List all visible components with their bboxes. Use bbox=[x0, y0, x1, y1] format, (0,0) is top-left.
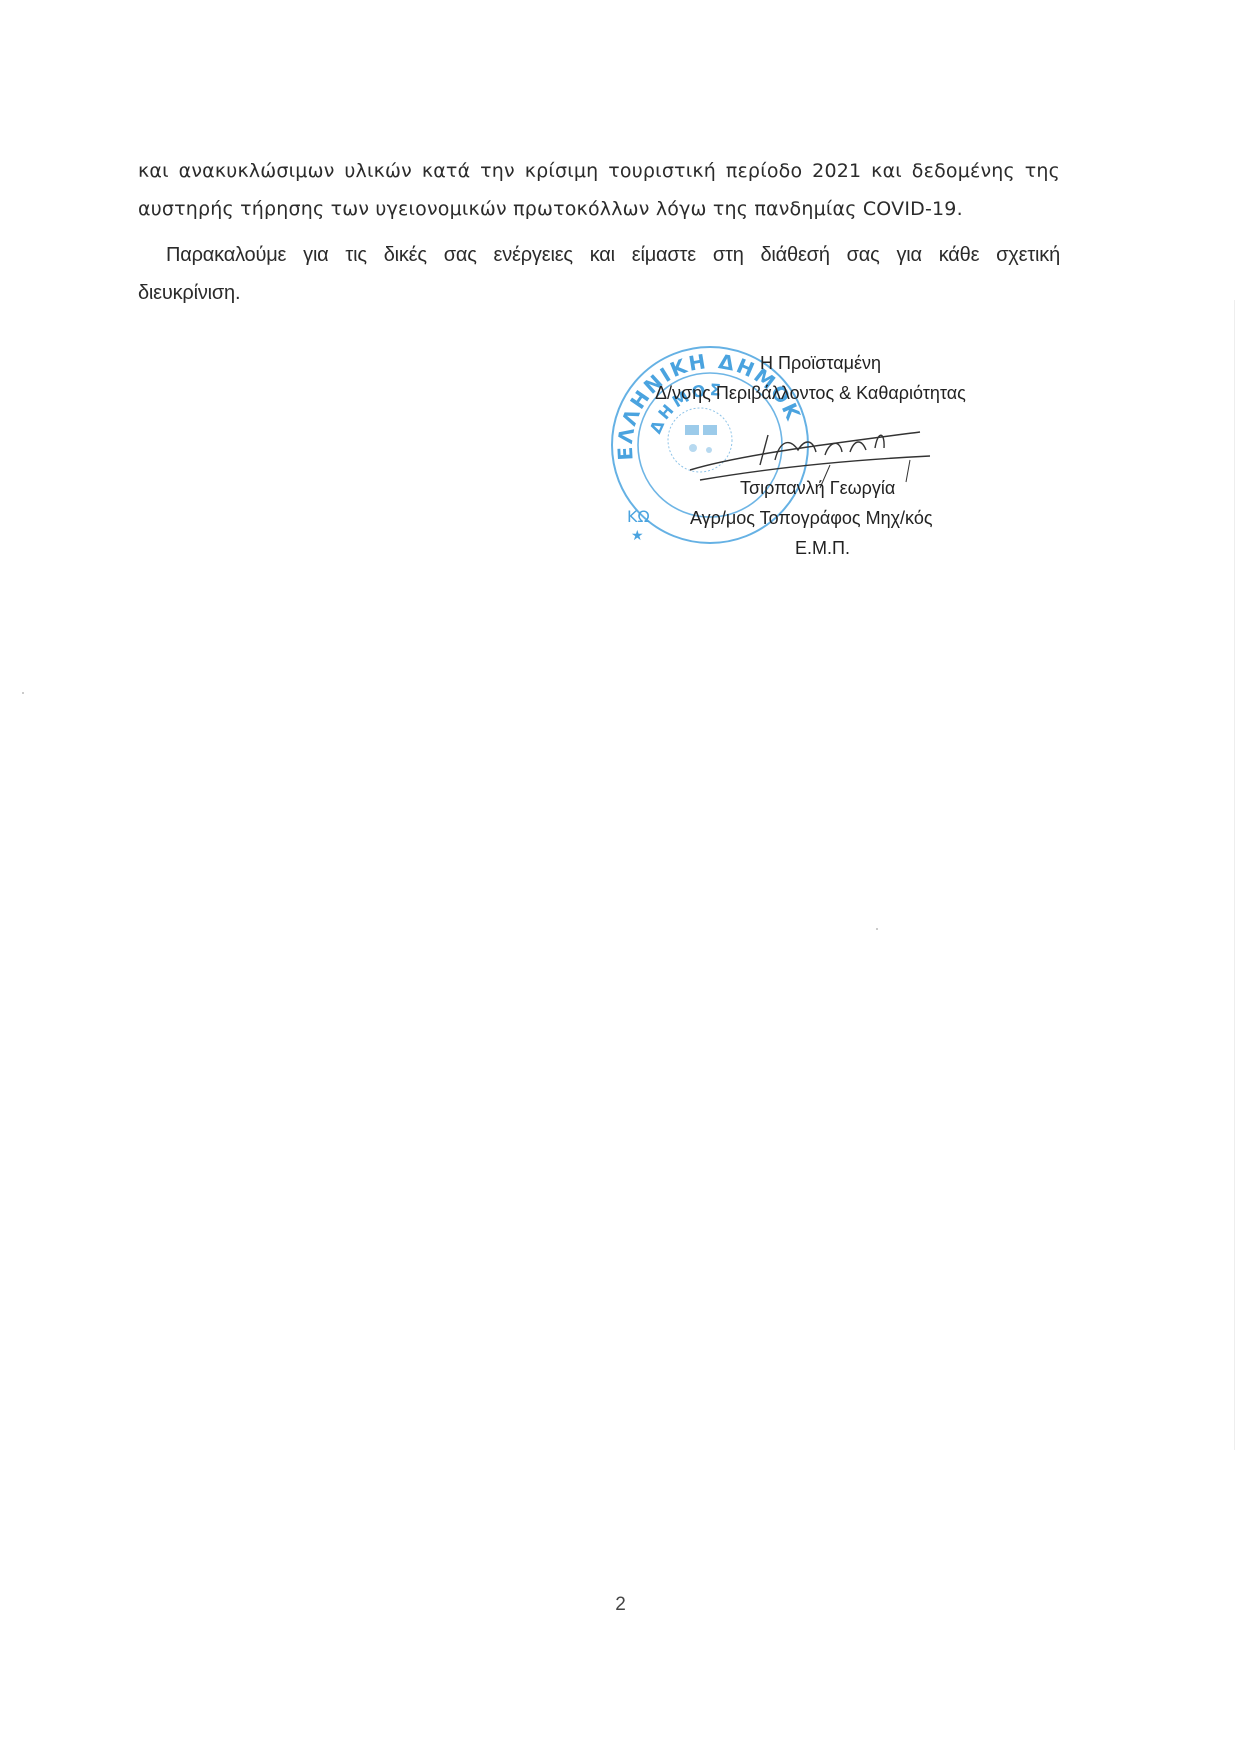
signatory-institution: Ε.Μ.Π. bbox=[795, 533, 850, 563]
signatory-name: Τσιρπανλή Γεωργία bbox=[740, 473, 895, 503]
scan-edge-divider bbox=[1234, 300, 1235, 1450]
scan-speck bbox=[22, 692, 24, 694]
signatory-role: Η Προϊσταμένη bbox=[760, 348, 881, 378]
paragraph-line: αυστηρής τήρησης των υγειονομικών πρωτοκ… bbox=[138, 190, 1060, 228]
signatory-title: Αγρ/μος Τοπογράφος Μηχ/κός bbox=[690, 503, 933, 533]
paragraph-line: και ανακυκλώσιμων υλικών κατά την κρίσιμ… bbox=[138, 152, 1060, 190]
paragraph-request: Παρακαλούμε για τις δικές σας ενέργειες … bbox=[138, 236, 1060, 312]
svg-text:ΚΩ: ΚΩ bbox=[627, 507, 650, 526]
svg-text:★: ★ bbox=[631, 528, 644, 544]
page-number: 2 bbox=[0, 1594, 1241, 1616]
paragraph-line: Παρακαλούμε για τις δικές σας ενέργειες … bbox=[138, 236, 1060, 274]
paragraph-closing-context: και ανακυκλώσιμων υλικών κατά την κρίσιμ… bbox=[138, 152, 1060, 228]
signatory-department: Δ/νσης Περιβάλλοντος & Καθαριότητας bbox=[655, 378, 966, 408]
paragraph-line: διευκρίνιση. bbox=[138, 274, 1060, 312]
scan-speck bbox=[876, 928, 878, 930]
